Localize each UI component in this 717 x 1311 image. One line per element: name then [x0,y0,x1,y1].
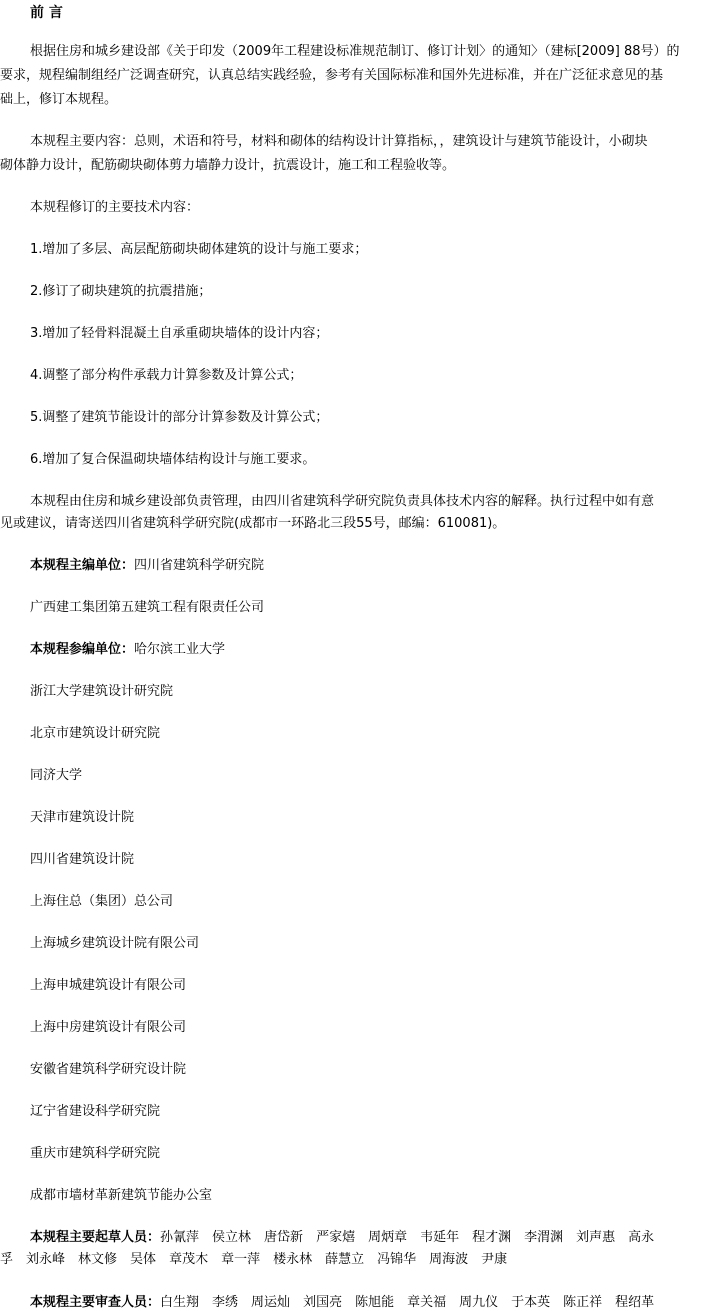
content-line-1: 本规程主要内容：总则，术语和符号，材料和砌体的结构设计计算指标，，建筑设计与建筑… [30,131,648,153]
chief-editor-label: 本规程主编单位： [30,558,134,573]
participating-unit: 辽宁省建设科学研究院 [30,1101,160,1123]
intro-line-3: 础上，修订本规程。 [0,89,117,111]
drafters-row: 本规程主要起草人员：孙氰萍侯立林唐岱新严家熺周炳章韦延年程才渊李渭渊刘声惠高永 [30,1227,667,1249]
revision-item: 6.增加了复合保温砌块墙体结构设计与施工要求。 [30,449,315,471]
participating-unit: 同济大学 [30,765,82,787]
reviewer-name: 周九仪 [459,1295,498,1310]
participating-unit: 上海中房建筑设计有限公司 [30,1017,186,1039]
drafter-name: 唐岱新 [264,1230,303,1245]
content-line-2: 砌体静力设计，配筋砌块砌体剪力墙静力设计，抗震设计，施工和工程验收等。 [0,155,455,177]
drafter-name: 刘声惠 [576,1230,615,1245]
reviewer-name: 程绍革 [615,1295,654,1310]
drafters-row-continued: 孚刘永峰林文修吴体章茂木章一萍楼永林薛慧立冯锦华周海波尹康 [0,1249,520,1271]
revision-item: 2.修订了砌块建筑的抗震措施； [30,281,211,303]
drafter-name: 严家熺 [316,1230,355,1245]
drafters-label: 本规程主要起草人员： [30,1230,160,1245]
reviewer-name: 陈正祥 [563,1295,602,1310]
reviewers-row: 本规程主要审查人员：白生翔李绣周运灿刘国亮陈旭能章关福周九仪于本英陈正祥程绍革 [30,1292,667,1311]
participating-row: 本规程参编单位：哈尔滨工业大学 [30,639,225,661]
participating-unit: 上海城乡建筑设计院有限公司 [30,933,199,955]
reviewer-name: 陈旭能 [355,1295,394,1310]
drafter-name: 林文修 [78,1252,117,1267]
participating-unit: 浙江大学建筑设计研究院 [30,681,173,703]
drafter-name: 程才渊 [472,1230,511,1245]
participating-unit: 上海申城建筑设计有限公司 [30,975,186,997]
revision-item: 1.增加了多层、高层配筋砌块砌体建筑的设计与施工要求； [30,239,367,261]
participating-unit: 哈尔滨工业大学 [134,642,225,657]
drafter-name: 刘永峰 [26,1252,65,1267]
reviewer-name: 章关福 [407,1295,446,1310]
participating-unit: 上海住总（集团）总公司 [30,891,173,913]
revision-item: 5.调整了建筑节能设计的部分计算参数及计算公式； [30,407,328,429]
chief-editor-unit: 广西建工集团第五建筑工程有限责任公司 [30,597,264,619]
drafter-name: 薛慧立 [325,1252,364,1267]
reviewer-name: 周运灿 [251,1295,290,1310]
drafter-name: 李渭渊 [524,1230,563,1245]
drafter-name: 孚 [0,1252,13,1267]
drafter-name: 侯立林 [212,1230,251,1245]
drafter-name: 冯锦华 [377,1252,416,1267]
participating-unit: 北京市建筑设计研究院 [30,723,160,745]
drafter-name: 章茂木 [169,1252,208,1267]
chief-editor-row: 本规程主编单位：四川省建筑科学研究院 [30,555,264,577]
drafter-name: 周炳章 [368,1230,407,1245]
drafter-name: 周海波 [429,1252,468,1267]
participating-label: 本规程参编单位： [30,642,134,657]
revision-intro: 本规程修订的主要技术内容： [30,197,199,219]
revision-item: 4.调整了部分构件承载力计算参数及计算公式； [30,365,302,387]
drafter-name: 韦延年 [420,1230,459,1245]
drafter-name: 尹康 [481,1252,507,1267]
reviewer-name: 于本英 [511,1295,550,1310]
drafter-name: 高永 [628,1230,654,1245]
participating-unit: 四川省建筑设计院 [30,849,134,871]
chief-editor-unit: 四川省建筑科学研究院 [134,558,264,573]
participating-unit: 成都市墙材革新建筑节能办公室 [30,1185,212,1207]
reviewer-name: 白生翔 [160,1295,199,1310]
participating-unit: 天津市建筑设计院 [30,807,134,829]
intro-line-2: 要求，规程编制组经广泛调查研究，认真总结实践经验，参考有关国际标准和国外先进标准… [0,65,663,87]
participating-unit: 重庆市建筑科学研究院 [30,1143,160,1165]
participating-unit: 安徽省建筑科学研究设计院 [30,1059,186,1081]
drafter-name: 孙氰萍 [160,1230,199,1245]
drafter-name: 章一萍 [221,1252,260,1267]
reviewer-name: 刘国亮 [303,1295,342,1310]
drafter-name: 楼永林 [273,1252,312,1267]
page-title: 前 言 [30,2,63,24]
reviewers-label: 本规程主要审查人员： [30,1295,160,1310]
reviewer-name: 李绣 [212,1295,238,1310]
drafter-name: 吴体 [130,1252,156,1267]
management-line-2: 见或建议，请寄送四川省建筑科学研究院(成都市一环路北三段55号，邮编：61008… [0,513,505,535]
revision-item: 3.增加了轻骨料混凝土自承重砌块墙体的设计内容； [30,323,328,345]
intro-line-1: 根据住房和城乡建设部《关于印发（2009年工程建设标准规范制订、修订计划〉的通知… [30,41,680,63]
management-line-1: 本规程由住房和城乡建设部负责管理，由四川省建筑科学研究院负责具体技术内容的解释。… [30,491,654,513]
